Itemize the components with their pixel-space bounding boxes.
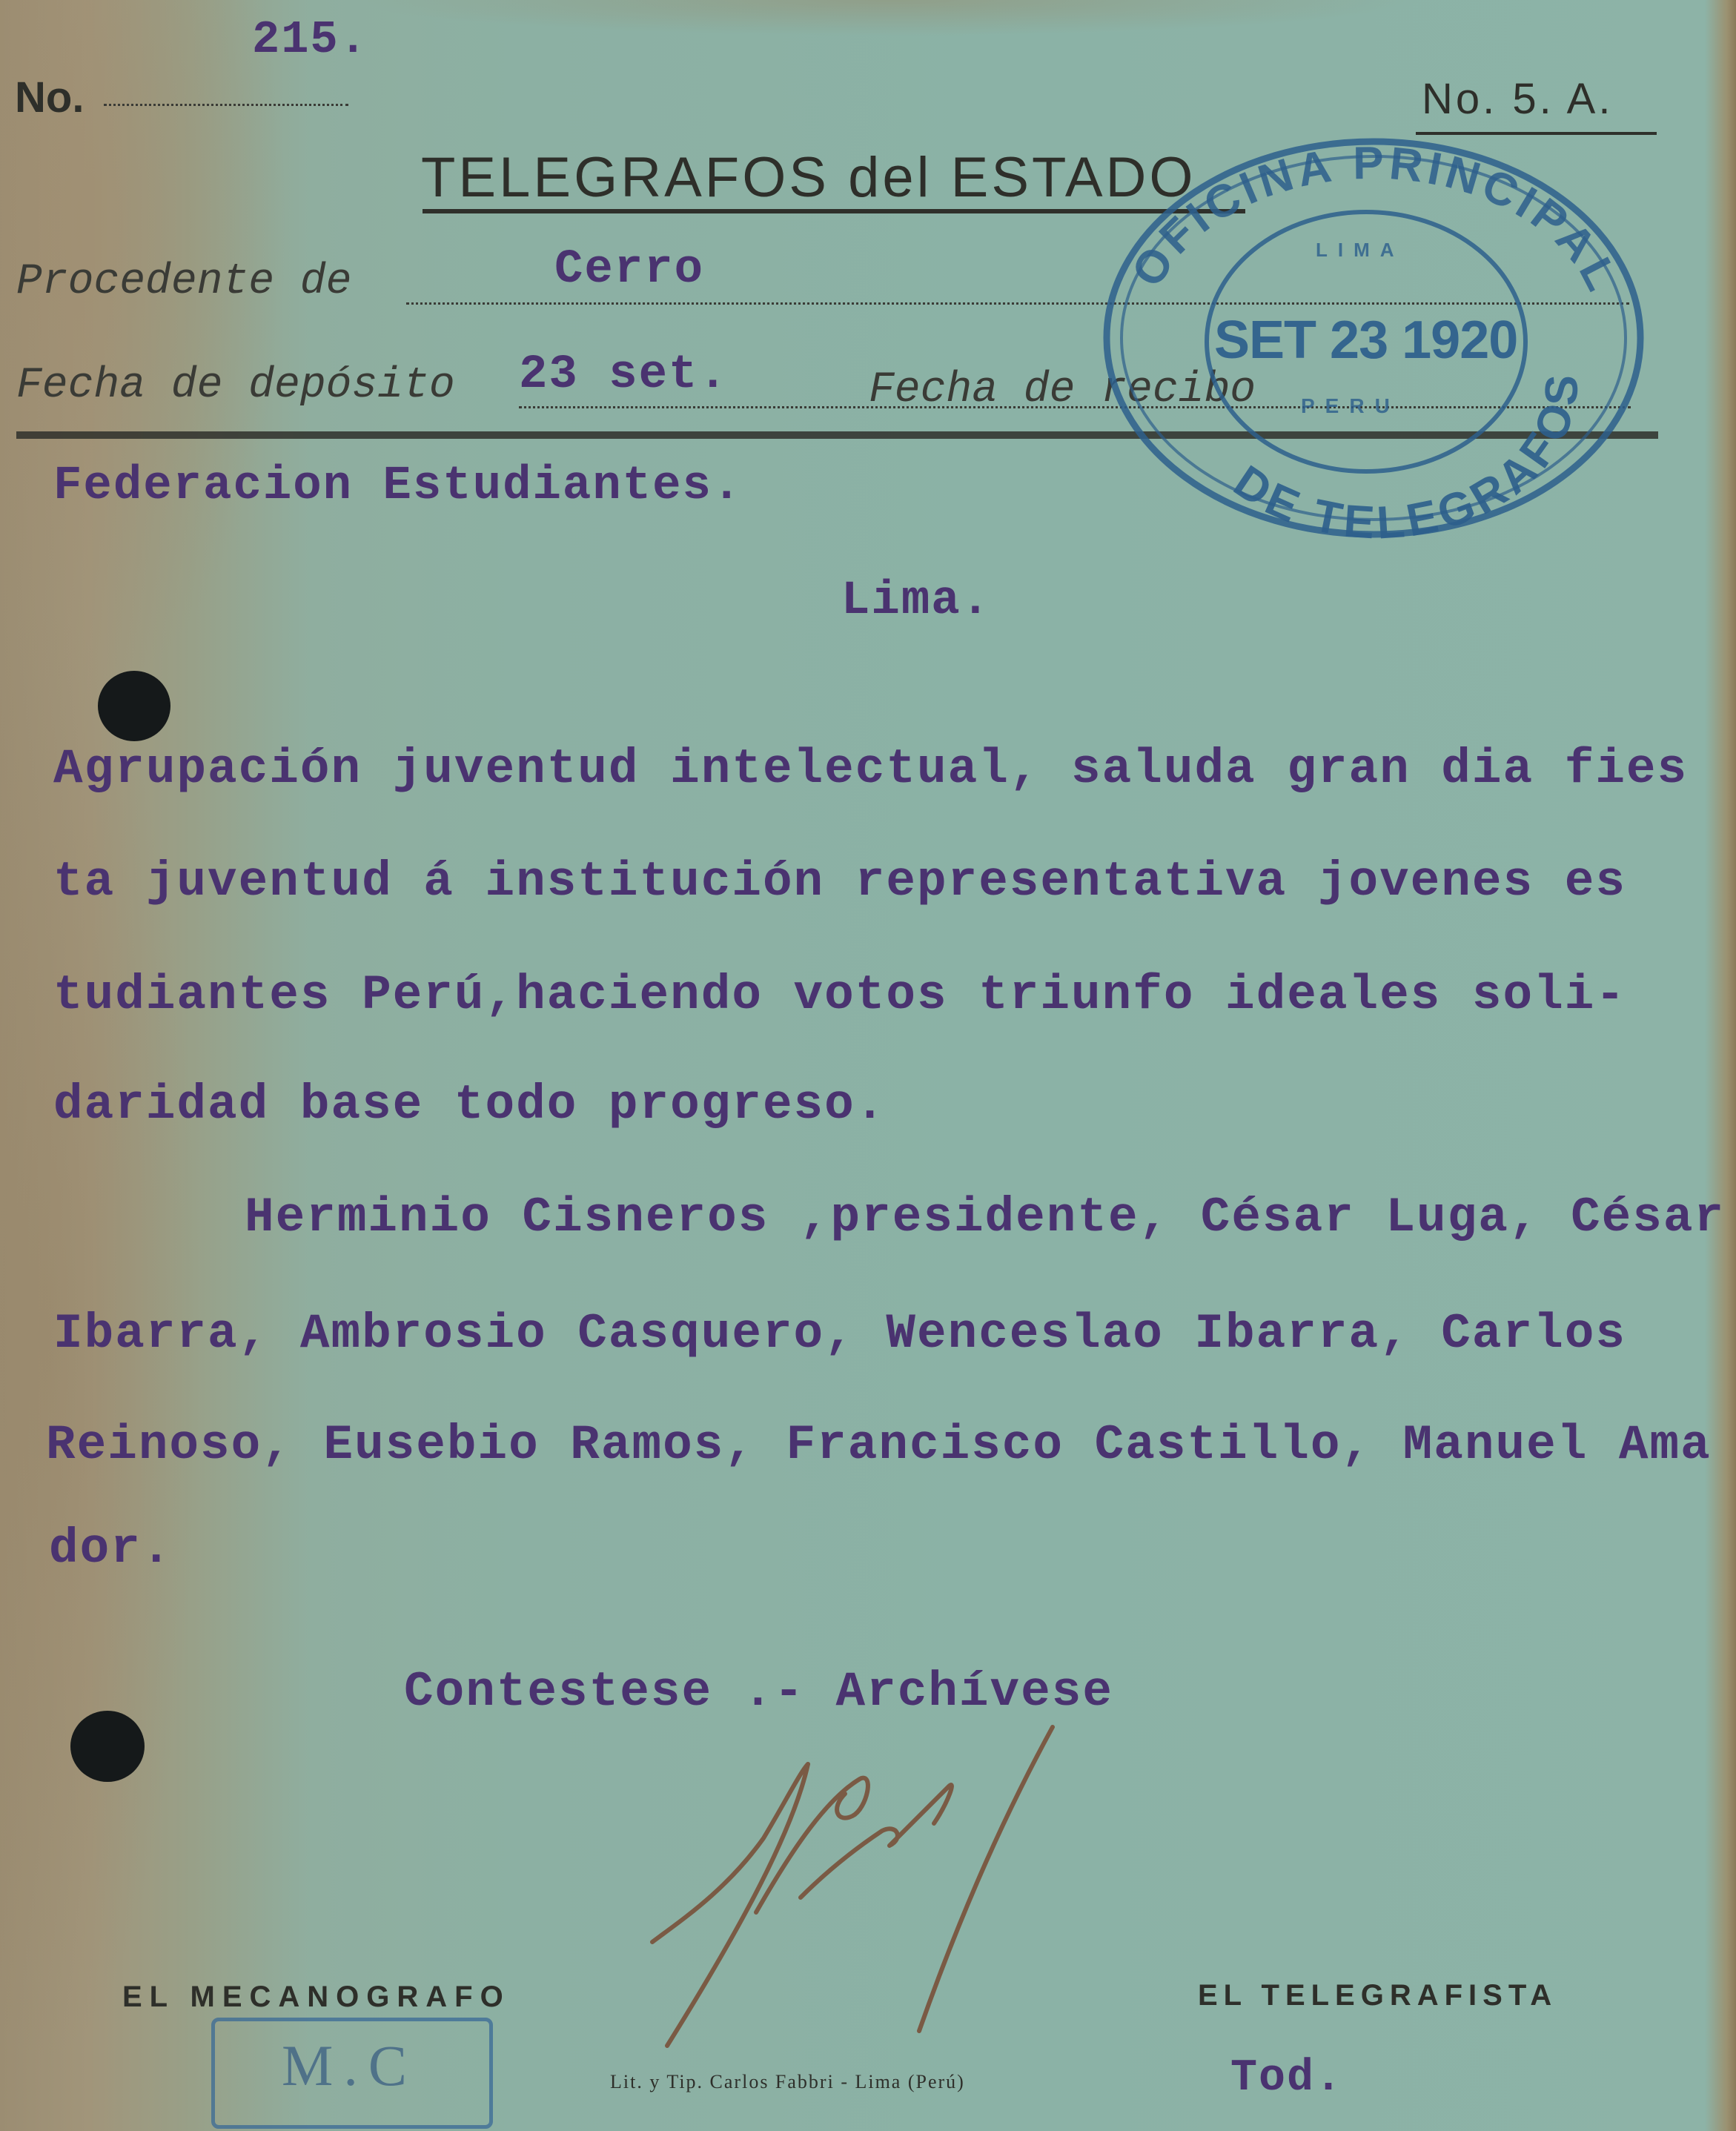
page-title: TELEGRAFOS del ESTADO: [421, 145, 1196, 210]
body-line-4: daridad base todo progreso.: [53, 1077, 886, 1133]
typist-label: EL MECANOGRAFO: [122, 1981, 511, 2014]
serial-number: 215.: [252, 13, 368, 66]
signatories-line-1: Herminio Cisneros ,presidente, César Lug…: [245, 1190, 1725, 1245]
postmark-city: LIMA: [1316, 239, 1405, 262]
deposit-date-value: 23 set.: [519, 348, 729, 402]
signatories-line-2: Ibarra, Ambrosio Casquero, Wenceslao Iba…: [53, 1306, 1626, 1362]
body-line-3: tudiantes Perú,haciendo votos triunfo id…: [53, 967, 1626, 1023]
origin-label: Procedente de: [16, 258, 351, 306]
signature-icon: [637, 1720, 1082, 2053]
signatories-line-3: Reinoso, Eusebio Ramos, Francisco Castil…: [46, 1417, 1712, 1473]
origin-value: Cerro: [554, 243, 704, 296]
punch-hole-bottom: [70, 1711, 145, 1782]
postmark-date: SET 23 1920: [1214, 310, 1517, 371]
postmark-top-text: OFICINA PRINCIPAL: [1122, 138, 1630, 302]
deposit-date-label: Fecha de depósito: [16, 362, 455, 410]
handwritten-signature: [637, 1720, 1082, 2053]
postmark-country: PERU: [1301, 394, 1400, 418]
postmark-bottom-text: DE TELEGRAFOS: [1225, 369, 1588, 546]
svg-text:DE TELEGRAFOS: DE TELEGRAFOS: [1225, 369, 1588, 546]
form-code: No. 5. A.: [1422, 74, 1613, 124]
destination: Lima.: [841, 574, 991, 628]
printer-imprint: Lit. y Tip. Carlos Fabbri - Lima (Perú): [610, 2071, 965, 2093]
addressee: Federacion Estudiantes.: [53, 460, 742, 513]
body-line-2: ta juventud á institución representativa…: [53, 854, 1626, 909]
punch-hole-top: [98, 671, 170, 741]
annotation: Contestese .- Archívese: [404, 1664, 1113, 1720]
svg-text:OFICINA PRINCIPAL: OFICINA PRINCIPAL: [1122, 138, 1630, 302]
no-dotted-line: [104, 104, 348, 106]
typist-stamp-initials: M.C: [282, 2032, 417, 2099]
telegraphist-label: EL TELEGRAFISTA: [1198, 1979, 1557, 2012]
signatories-line-4: dor.: [49, 1521, 172, 1577]
body-line-1: Agrupación juventud intelectual, saluda …: [53, 741, 1688, 797]
telegraphist-initials: Tod.: [1230, 2053, 1343, 2104]
no-label: No.: [15, 73, 84, 122]
